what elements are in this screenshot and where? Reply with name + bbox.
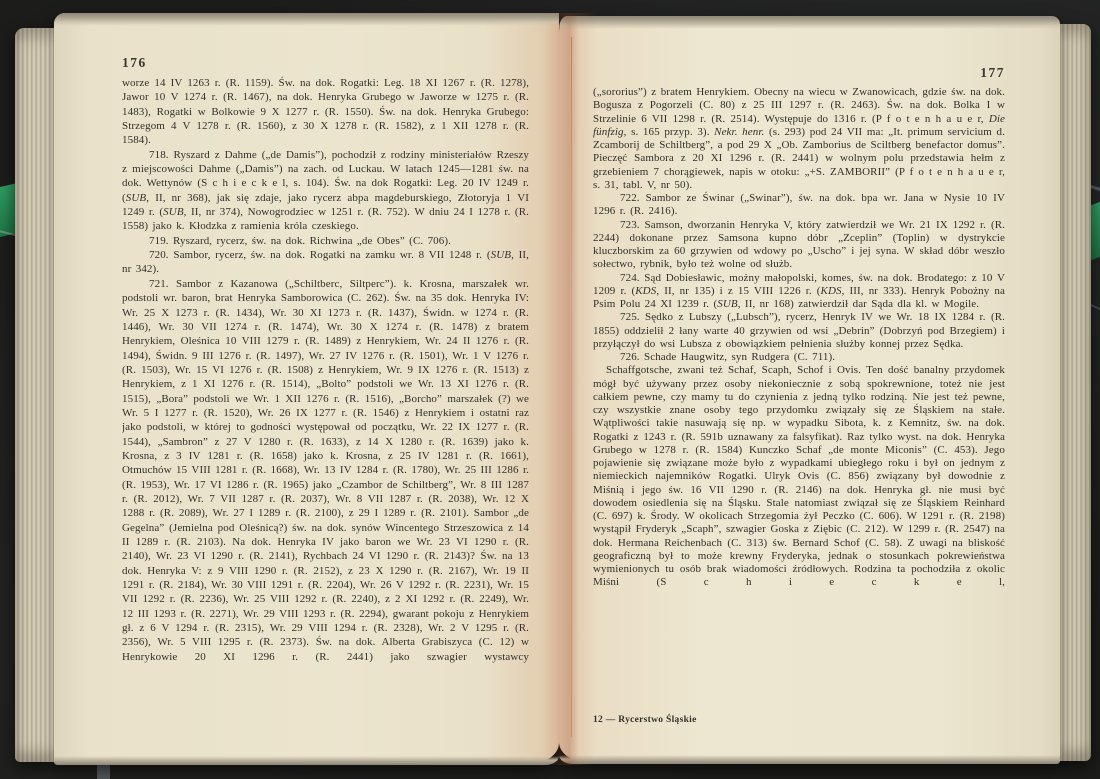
background: 176 177 worze 14 IV 1263 r. (R. 1159). Ś… (0, 0, 1100, 779)
paragraph-entry-721: 721. Sambor z Kazanowa („Schiltberc, Sil… (122, 277, 529, 664)
page-fore-edge-left (15, 28, 56, 762)
paragraph: worze 14 IV 1263 r. (R. 1159). Św. na do… (122, 76, 529, 148)
left-page-text: worze 14 IV 1263 r. (R. 1159). Św. na do… (122, 76, 529, 718)
paragraph-entry-723: 723. Samson, dworzanin Henryka V, który … (593, 219, 1005, 272)
right-page-text: („sororius”) z bratem Henrykiem. Obecny … (593, 86, 1005, 718)
paragraph-entry-724: 724. Sąd Dobiesławic, możny małopolski, … (593, 272, 1005, 312)
paragraph-entry-719: 719. Ryszard, rycerz, św. na dok. Richwi… (122, 234, 529, 248)
paragraph-entry-722: 722. Sambor ze Świnar („Swinar”), św. na… (593, 192, 1005, 219)
paragraph-schaffgotsche: Schaffgotsche, zwani też Schaf, Scaph, S… (593, 364, 1005, 589)
paragraph-entry-725: 725. Sędko z Lubszy („Lubsch”), rycerz, … (593, 311, 1005, 351)
paragraph-entry-718: 718. Ryszard z Dahme („de Damis”), pocho… (122, 148, 529, 234)
paragraph: („sororius”) z bratem Henrykiem. Obecny … (593, 86, 1005, 192)
book-spread: 176 177 worze 14 IV 1263 r. (R. 1159). Ś… (15, 13, 1091, 769)
page-number-right: 177 (593, 65, 1005, 81)
paragraph-entry-720: 720. Sambor, rycerz, św. na dok. Rogatki… (122, 248, 529, 277)
footer-signature: 12 — Rycerstwo Śląskie (593, 715, 697, 725)
paragraph-entry-726: 726. Schade Haugwitz, syn Rudgera (C. 71… (593, 351, 1005, 364)
page-number-left: 176 (122, 55, 147, 71)
page-fore-edge-right (1060, 24, 1091, 761)
